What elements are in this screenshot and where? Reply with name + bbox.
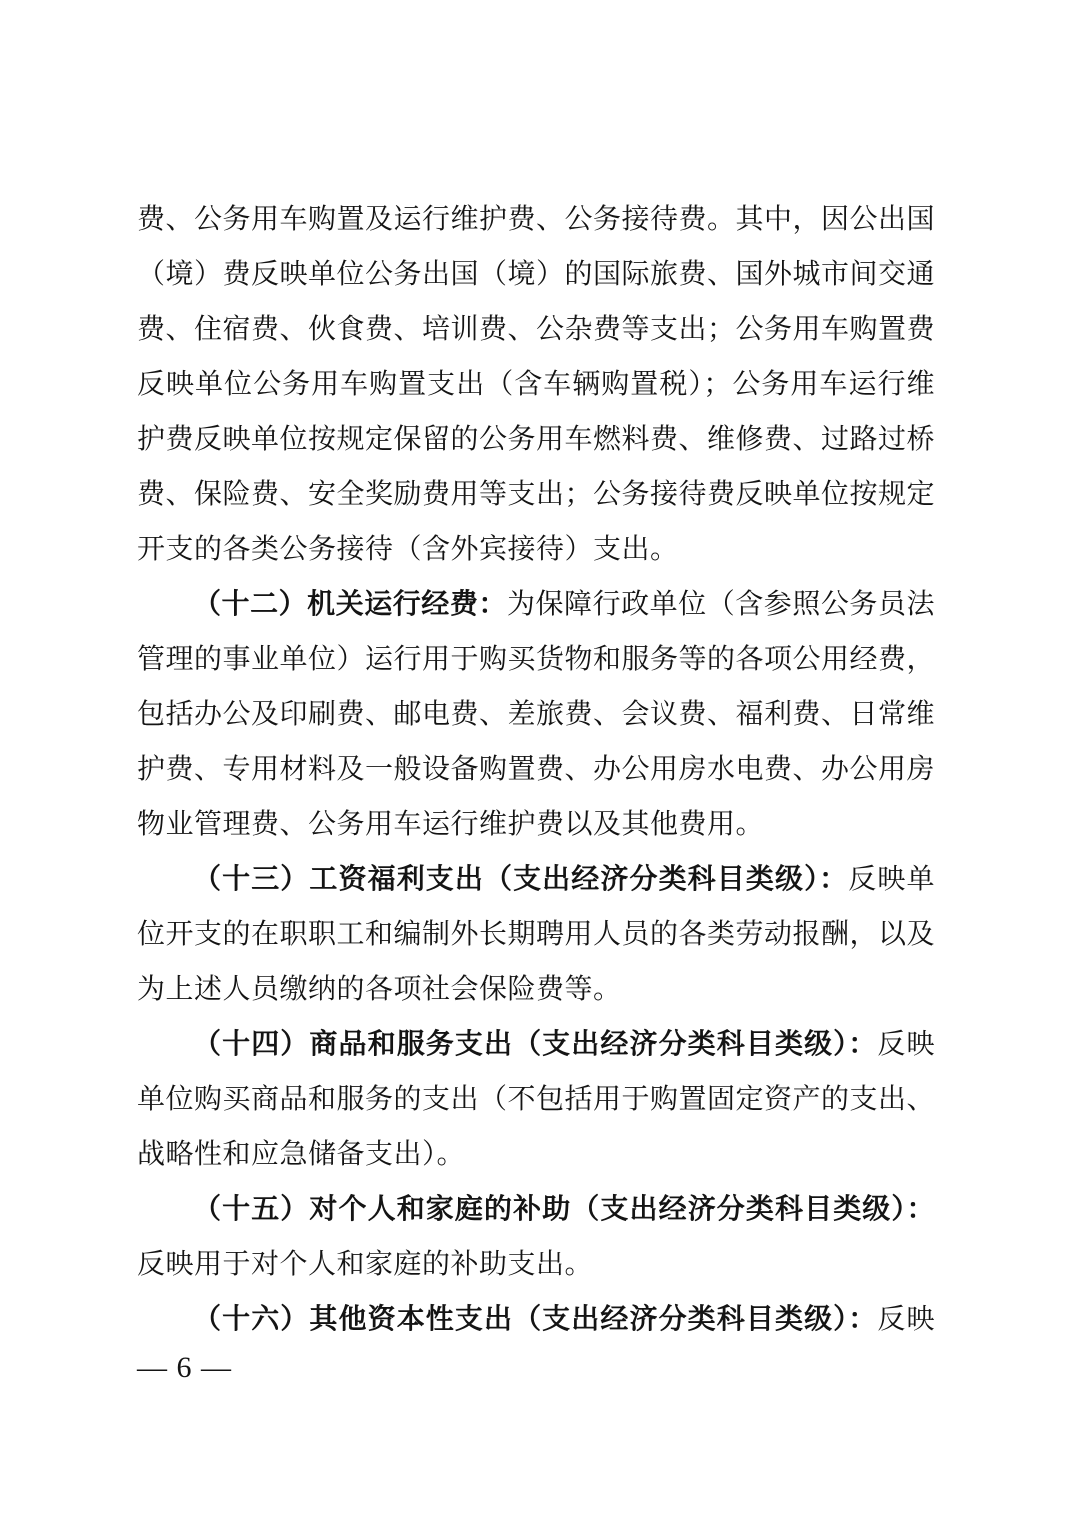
text-line: 战略性和应急储备支出）。 [137,1127,935,1182]
text-run: 费、住宿费、伙食费、培训费、公杂费等支出；公务用车购置费 [137,314,935,345]
text-line: 位开支的在职职工和编制外长期聘用人员的各类劳动报酬，以及 [137,907,935,962]
paragraph: （十五）对个人和家庭的补助（支出经济分类科目类级）：反映用于对个人和家庭的补助支… [137,1182,935,1292]
text-run: 位开支的在职职工和编制外长期聘用人员的各类劳动报酬，以及 [137,919,935,950]
text-run: 反映单位公务用车购置支出（含车辆购置税）；公务用车运行维 [137,369,935,400]
text-line: （十六）其他资本性支出（支出经济分类科目类级）：反映 [137,1292,935,1347]
text-line: 费、住宿费、伙食费、培训费、公杂费等支出；公务用车购置费 [137,302,935,357]
text-line: 反映单位公务用车购置支出（含车辆购置税）；公务用车运行维 [137,357,935,412]
text-line: 费、保险费、安全奖励费用等支出；公务接待费反映单位按规定 [137,467,935,522]
text-run: 战略性和应急储备支出）。 [137,1139,465,1170]
text-line: （十五）对个人和家庭的补助（支出经济分类科目类级）： [137,1182,935,1237]
text-run: 为上述人员缴纳的各项社会保险费等。 [137,974,622,1005]
text-line: 包括办公及印刷费、邮电费、差旅费、会议费、福利费、日常维 [137,687,935,742]
text-run: 物业管理费、公务用车运行维护费以及其他费用。 [137,809,764,840]
text-line: 物业管理费、公务用车运行维护费以及其他费用。 [137,797,935,852]
heading-text-run: （十二）机关运行经费： [193,589,507,620]
text-run: 包括办公及印刷费、邮电费、差旅费、会议费、福利费、日常维 [137,699,935,730]
text-run: 反映用于对个人和家庭的补助支出。 [137,1249,593,1280]
paragraph: （十六）其他资本性支出（支出经济分类科目类级）：反映 [137,1292,935,1347]
text-line: （十二）机关运行经费：为保障行政单位（含参照公务员法 [137,577,935,632]
text-line: 开支的各类公务接待（含外宾接待）支出。 [137,522,935,577]
text-run: 管理的事业单位）运行用于购买货物和服务等的各项公用经费， [137,644,935,675]
text-run: 费、公务用车购置及运行维护费、公务接待费。其中，因公出国 [137,204,935,235]
text-run: 反映 [877,1304,935,1335]
heading-text-run: （十四）商品和服务支出（支出经济分类科目类级）： [193,1029,877,1060]
paragraph: （十四）商品和服务支出（支出经济分类科目类级）：反映单位购买商品和服务的支出（不… [137,1017,935,1182]
text-run: 护费、专用材料及一般设备购置费、办公用房水电费、办公用房 [137,754,935,785]
text-line: 护费、专用材料及一般设备购置费、办公用房水电费、办公用房 [137,742,935,797]
paragraph: （十三）工资福利支出（支出经济分类科目类级）：反映单位开支的在职职工和编制外长期… [137,852,935,1017]
text-run: 单位购买商品和服务的支出（不包括用于购置固定资产的支出、 [137,1084,935,1115]
document-page: 费、公务用车购置及运行维护费、公务接待费。其中，因公出国（境）费反映单位公务出国… [0,0,1074,1520]
text-run: 护费反映单位按规定保留的公务用车燃料费、维修费、过路过桥 [137,424,935,455]
text-run: （境）费反映单位公务出国（境）的国际旅费、国外城市间交通 [137,259,935,290]
text-line: （境）费反映单位公务出国（境）的国际旅费、国外城市间交通 [137,247,935,302]
text-line: （十四）商品和服务支出（支出经济分类科目类级）：反映 [137,1017,935,1072]
text-line: （十三）工资福利支出（支出经济分类科目类级）：反映单 [137,852,935,907]
text-line: 为上述人员缴纳的各项社会保险费等。 [137,962,935,1017]
text-line: 费、公务用车购置及运行维护费、公务接待费。其中，因公出国 [137,192,935,247]
paragraph: 费、公务用车购置及运行维护费、公务接待费。其中，因公出国（境）费反映单位公务出国… [137,192,935,577]
text-line: 反映用于对个人和家庭的补助支出。 [137,1237,935,1292]
heading-text-run: （十五）对个人和家庭的补助（支出经济分类科目类级）： [193,1194,935,1225]
page-number: — 6 — [137,1348,232,1388]
heading-text-run: （十六）其他资本性支出（支出经济分类科目类级）： [193,1304,877,1335]
document-body: 费、公务用车购置及运行维护费、公务接待费。其中，因公出国（境）费反映单位公务出国… [137,192,935,1347]
text-line: 管理的事业单位）运行用于购买货物和服务等的各项公用经费， [137,632,935,687]
text-run: 反映 [877,1029,935,1060]
text-line: 单位购买商品和服务的支出（不包括用于购置固定资产的支出、 [137,1072,935,1127]
text-run: 为保障行政单位（含参照公务员法 [507,589,935,620]
heading-text-run: （十三）工资福利支出（支出经济分类科目类级）： [193,864,848,895]
text-line: 护费反映单位按规定保留的公务用车燃料费、维修费、过路过桥 [137,412,935,467]
paragraph: （十二）机关运行经费：为保障行政单位（含参照公务员法管理的事业单位）运行用于购买… [137,577,935,852]
text-run: 反映单 [848,864,935,895]
text-run: 费、保险费、安全奖励费用等支出；公务接待费反映单位按规定 [137,479,935,510]
text-run: 开支的各类公务接待（含外宾接待）支出。 [137,534,679,565]
